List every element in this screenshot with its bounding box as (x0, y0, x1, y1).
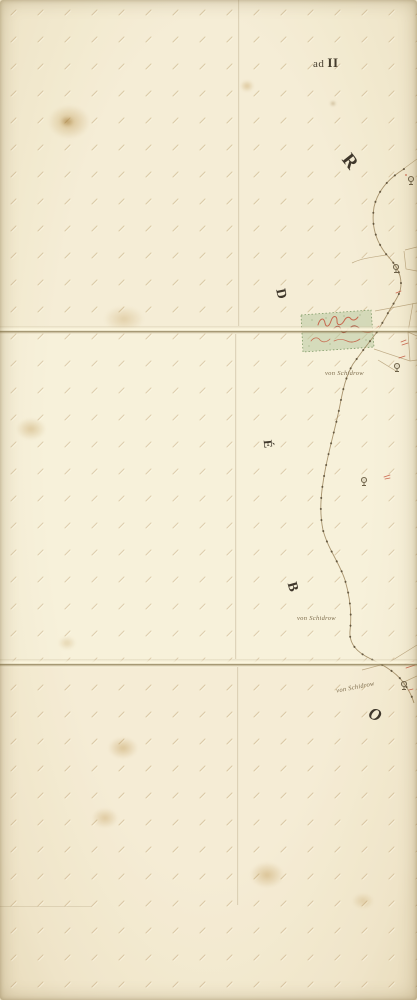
territory-letter: B (284, 581, 300, 594)
boundary-line (321, 169, 414, 703)
fold-crease (238, 0, 240, 326)
fold-crease (0, 906, 92, 907)
boundary-annotation: von Schidrow (325, 370, 364, 377)
sheet-label-numeral: II (327, 55, 338, 70)
fold-crease (235, 334, 237, 659)
paper-stain (250, 862, 284, 888)
territory-letter: D (272, 288, 288, 301)
tree-icon (361, 176, 413, 689)
sheet-bottom (0, 668, 417, 1000)
territory-letter: R (338, 150, 361, 173)
fold-seam (0, 326, 417, 334)
fold-seam (0, 659, 417, 667)
parcel-lines (352, 159, 417, 682)
paper-stain (92, 808, 118, 828)
paper-stain (352, 893, 374, 909)
green-parcel (301, 310, 374, 352)
territory-letter: O (366, 704, 384, 725)
paper-stain (16, 418, 46, 440)
sheet-label-prefix: ad (313, 58, 324, 70)
boundary-annotation: von Schidrow (336, 680, 376, 694)
paper-stain (48, 105, 90, 139)
paper-stain (240, 80, 254, 92)
red-script-annotation (311, 317, 379, 343)
sheet-middle (0, 334, 417, 661)
territory-letter: É (262, 439, 275, 448)
paper-stain (60, 116, 74, 127)
paper-stain (108, 737, 138, 759)
fold-crease (237, 667, 239, 905)
sheet-label: adII (313, 54, 339, 72)
paper-stain (104, 306, 144, 332)
red-number-mark (384, 174, 415, 690)
paper-stain (330, 101, 336, 106)
boundary-annotation: von Schidrow (297, 615, 336, 622)
map-scan: adII R D É B O von Schidrow von Schidrow… (0, 0, 417, 1000)
paper-stain (58, 636, 76, 650)
